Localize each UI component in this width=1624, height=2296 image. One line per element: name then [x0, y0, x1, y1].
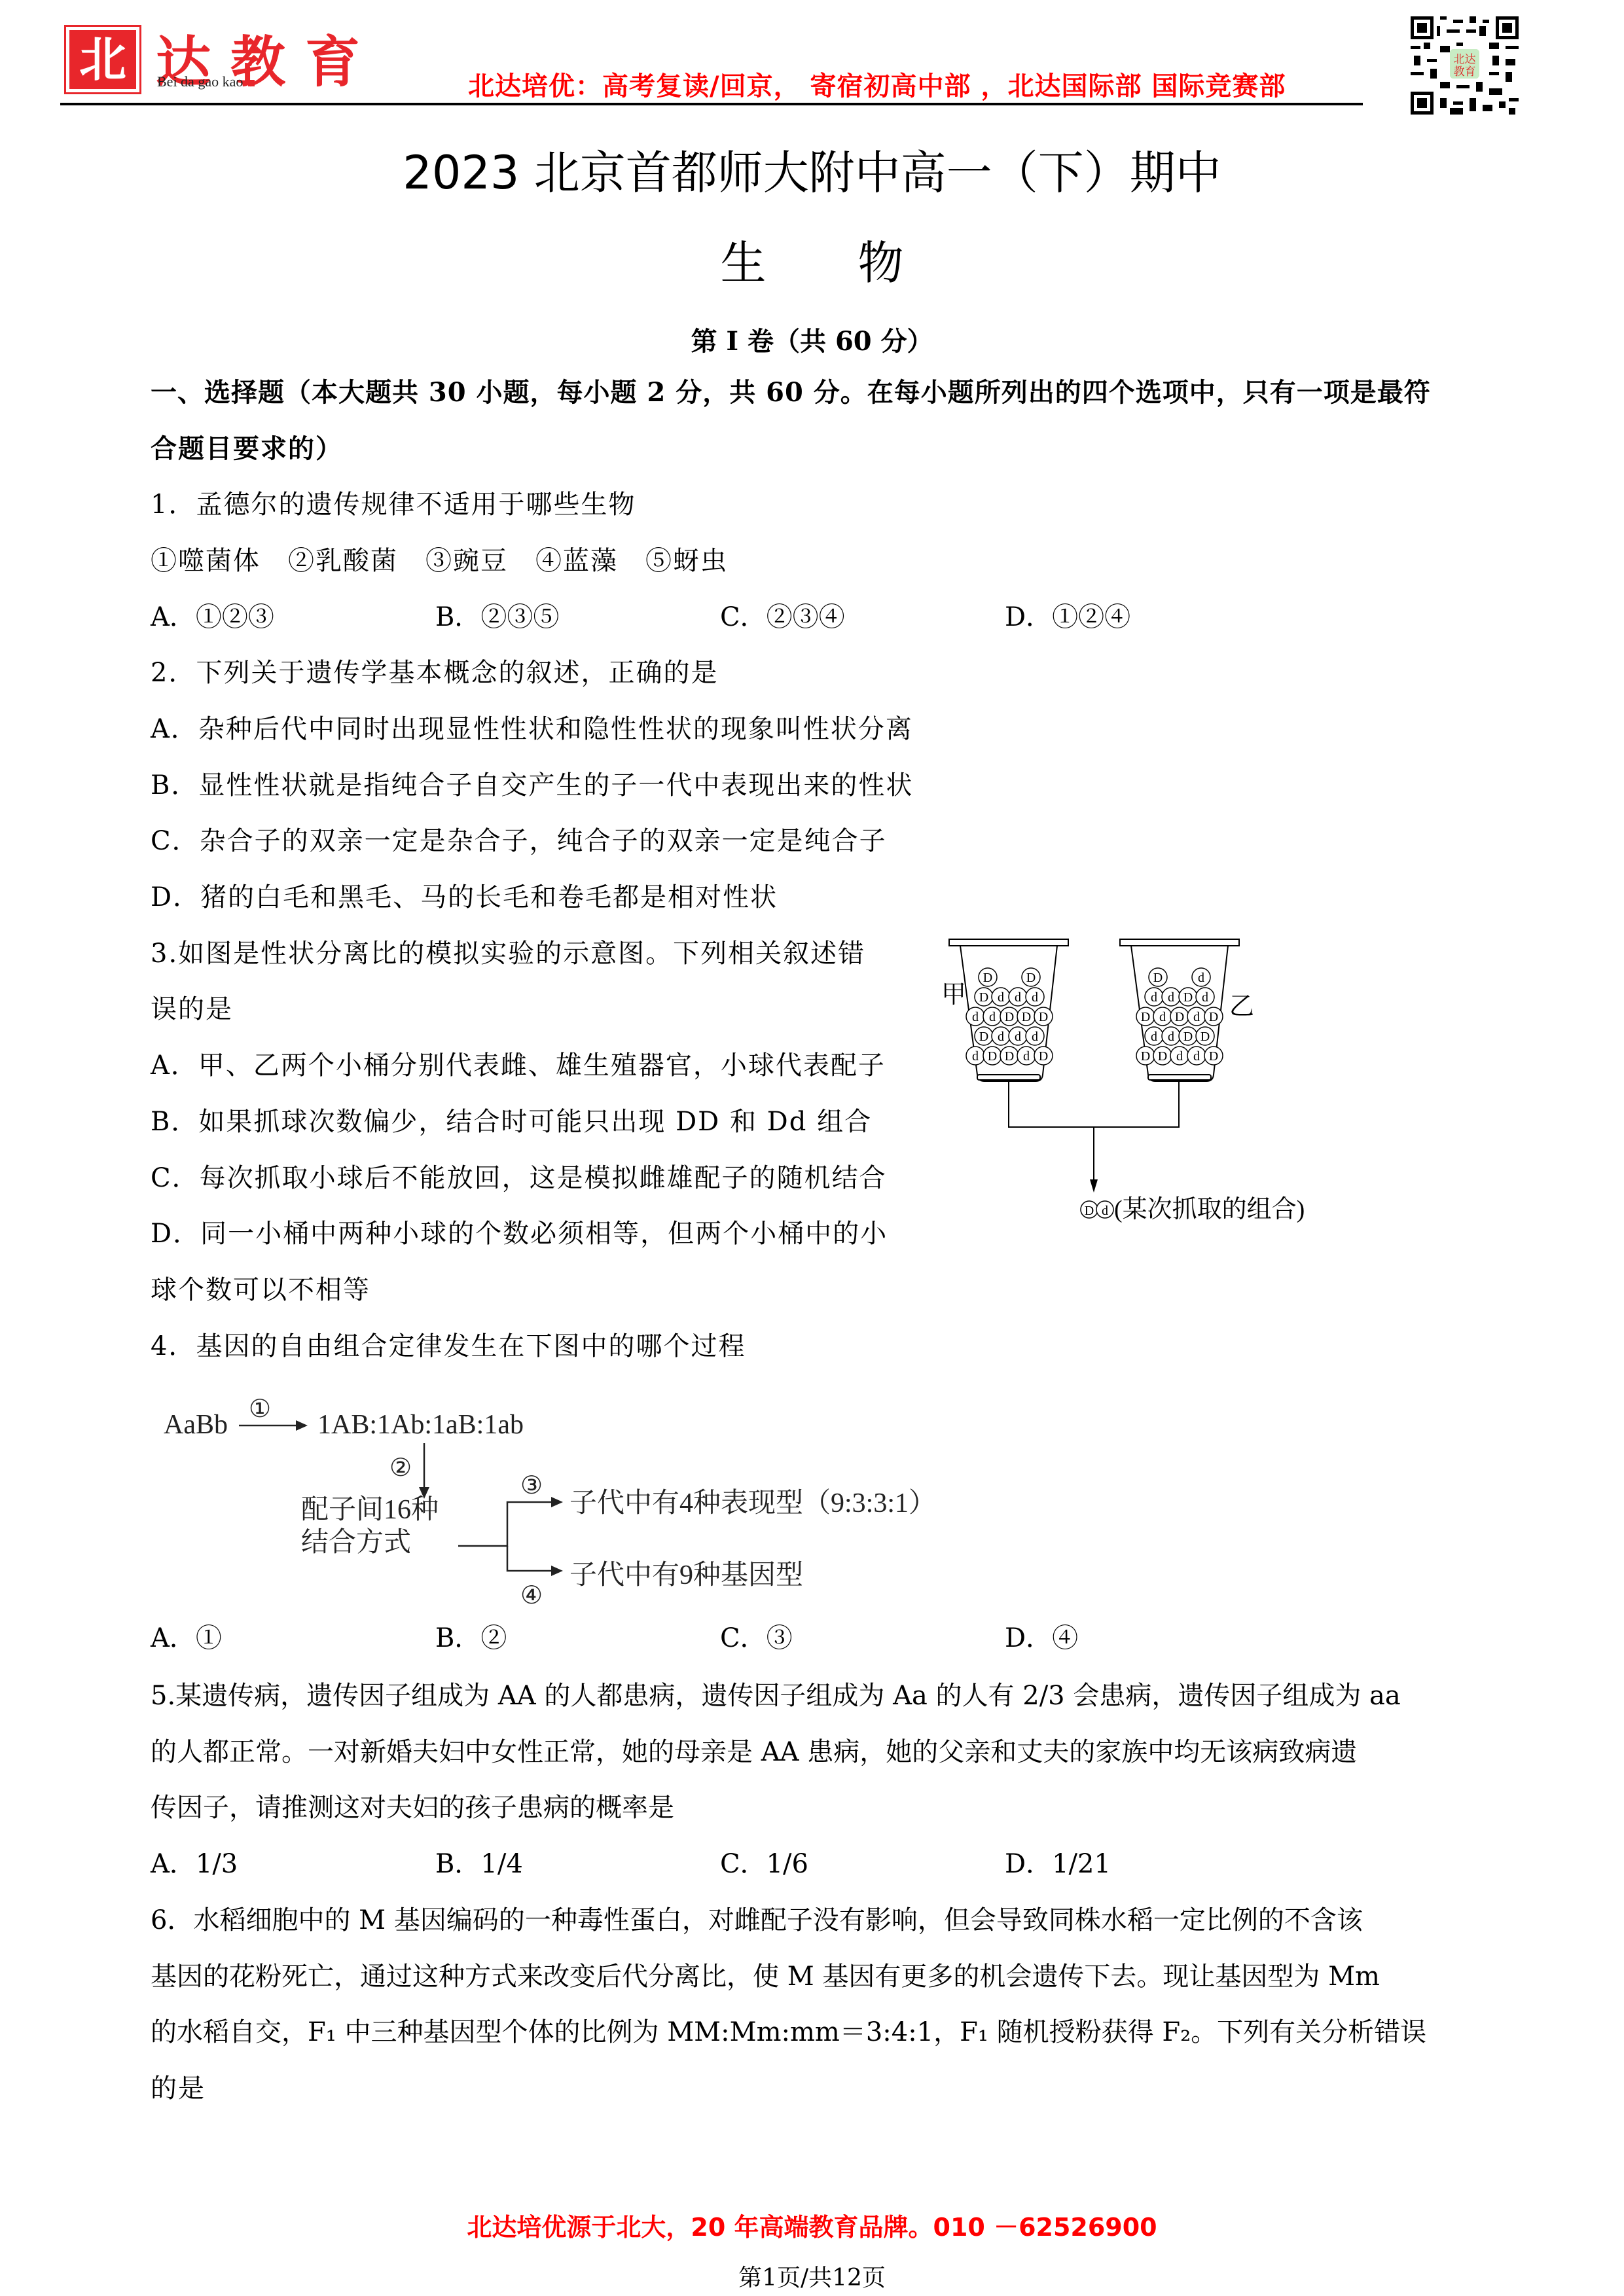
result-balls: D d	[1081, 1201, 1113, 1218]
question-stem: 1．孟德尔的遗传规律不适用于哪些生物	[151, 489, 636, 520]
option-c[interactable]: C．每次抓取小球后不能放回，这是模拟雌雄配子的随机结合	[151, 1162, 887, 1194]
right-bucket-label: 乙	[1229, 993, 1254, 1020]
arrow-right-icon	[551, 1566, 563, 1576]
ball-label: D	[1209, 1049, 1218, 1064]
ball-label: D	[1200, 1030, 1210, 1044]
result-caption: (某次抓取的组合)	[1114, 1196, 1305, 1223]
left-bucket-label: 甲	[941, 981, 966, 1009]
subject-title: 生 物	[0, 226, 1624, 293]
question-stem: 5.某遗传病，遗传因子组成为 AA 的人都患病，遗传因子组成为 Aa 的人有 2…	[151, 1680, 1401, 1712]
ball-label: D	[1026, 971, 1036, 985]
step-3-label: ③	[520, 1472, 543, 1499]
header-slogan: 北达培优：高考复读/回京， 寄宿初高中部 ，北达国际部 国际竞赛部	[468, 65, 1286, 103]
ball-label: D	[1175, 1010, 1184, 1024]
ball-label: D	[979, 990, 988, 1005]
bucket-experiment-figure: DDDdddddDDDDddddDDdD DdddDdDdDdDddDDDDdd…	[936, 929, 1506, 1257]
free-combination-diagram: AaBb 1AB:1Ab:1aB:1ab 配子间16种 结合方式 子代中有4种表…	[151, 1388, 1034, 1623]
ball-label: D	[1039, 1010, 1048, 1024]
ball-label: D	[1153, 971, 1163, 985]
ball-label: D	[1183, 1030, 1193, 1044]
ball-label: d	[989, 1010, 996, 1024]
gamete-ratio: 1AB:1Ab:1aB:1ab	[317, 1410, 524, 1440]
ball-label: d	[1015, 990, 1021, 1005]
option-c[interactable]: C．杂合子的双亲一定是杂合子，纯合子的双亲一定是纯合子	[151, 825, 887, 857]
parent-genotype: AaBb	[164, 1410, 228, 1440]
arrow-right-icon	[551, 1497, 563, 1507]
logo-mark-char: 北	[66, 31, 139, 88]
ball-label: d	[1151, 990, 1157, 1005]
option-b[interactable]: B．②③⑤	[435, 601, 559, 633]
question-stem: 3.如图是性状分离比的模拟实验的示意图。下列相关叙述错	[151, 938, 865, 969]
question-stem-cont: 传因子，请推测这对夫妇的孩子患病的概率是	[151, 1792, 674, 1823]
option-c[interactable]: C．③	[720, 1623, 793, 1654]
qr-label: 北达	[1454, 53, 1476, 65]
ball-label: d	[1176, 1049, 1183, 1064]
ball-label: D	[1039, 1049, 1048, 1064]
option-d-cont: 球个数可以不相等	[151, 1274, 370, 1306]
ball-label: D	[1022, 1010, 1031, 1024]
option-d[interactable]: D．①②④	[1005, 601, 1130, 633]
ball-label: D	[983, 971, 992, 985]
ball-label: d	[1032, 990, 1038, 1005]
page-title: 2023 北京首都师大附中高一（下）期中	[0, 136, 1624, 202]
option-b[interactable]: B．②	[435, 1623, 507, 1654]
page-number: 第1页/共12页	[0, 2259, 1624, 2293]
option-a[interactable]: A．1/3	[151, 1848, 238, 1880]
step-1-label: ①	[249, 1395, 271, 1423]
option-d[interactable]: D．1/21	[1005, 1848, 1111, 1880]
ball-label: d	[998, 1030, 1004, 1044]
option-a[interactable]: A．①	[151, 1623, 222, 1654]
volume-heading: 第 I 卷（共 60 分）	[0, 321, 1624, 358]
ball-label: D	[1141, 1049, 1150, 1064]
option-d[interactable]: D．同一小桶中两种小球的个数必须相等，但两个小桶中的小	[151, 1218, 888, 1249]
section-intro-cont: 合题目要求的）	[151, 433, 343, 465]
question-items: ①噬菌体 ②乳酸菌 ③豌豆 ④蓝藻 ⑤蚜虫	[151, 545, 728, 577]
result-ball-1: D	[1085, 1204, 1094, 1218]
option-d[interactable]: D．④	[1005, 1623, 1078, 1654]
combo-text-line2: 结合方式	[301, 1527, 411, 1558]
option-d[interactable]: D．猪的白毛和黑毛、马的长毛和卷毛都是相对性状	[151, 882, 778, 913]
ball-label: d	[1198, 971, 1204, 985]
question-stem-cont: 基因的花粉死亡，通过这种方式来改变后代分离比，使 M 基因有更多的机会遗传下去。…	[151, 1961, 1380, 1992]
question-stem-cont: 误的是	[151, 994, 233, 1025]
logo-square-icon	[248, 80, 255, 86]
ball-label: d	[1202, 990, 1208, 1005]
ball-label: D	[1005, 1010, 1014, 1024]
option-a[interactable]: A．甲、乙两个小桶分别代表雌、雄生殖器官，小球代表配子	[151, 1050, 886, 1081]
option-c[interactable]: C．②③④	[720, 601, 845, 633]
result-ball-2: d	[1102, 1204, 1108, 1218]
arrow-right-icon	[296, 1420, 308, 1431]
ball-label: d	[1168, 990, 1174, 1005]
result-phenotype: 子代中有4种表现型（9:3:3:1）	[569, 1488, 936, 1518]
option-b[interactable]: B．1/4	[435, 1848, 523, 1880]
result-genotype: 子代中有9种基因型	[569, 1560, 803, 1590]
ball-label: d	[1151, 1030, 1157, 1044]
ball-label: D	[1183, 990, 1193, 1005]
ball-label: d	[1193, 1010, 1200, 1024]
option-c[interactable]: C．1/6	[720, 1848, 808, 1880]
question-stem: 4．基因的自由组合定律发生在下图中的哪个过程	[151, 1331, 746, 1362]
section-intro: 一、选择题（本大题共 30 小题，每小题 2 分，共 60 分。在每小题所列出的…	[151, 377, 1431, 408]
ball-label: D	[1209, 1010, 1218, 1024]
ball-label: d	[972, 1049, 979, 1064]
question-stem-cont: 的水稻自交，F₁ 中三种基因型个体的比例为 MM:Mm:mm＝3:4:1，F₁ …	[151, 2017, 1426, 2048]
ball-label: D	[1158, 1049, 1167, 1064]
question-stem: 6．水稻细胞中的 M 基因编码的一种毒性蛋白，对雌配子没有影响，但会导致同株水稻…	[151, 1905, 1363, 1936]
question-stem-cont: 的是	[151, 2073, 206, 2104]
left-bucket-balls: DDDdddddDDDDddddDDdD	[966, 968, 1053, 1065]
ball-label: d	[1032, 1030, 1038, 1044]
combo-text-line1: 配子间16种	[301, 1495, 439, 1525]
header-divider	[60, 103, 1363, 105]
option-a[interactable]: A．杂种后代中同时出现显性性状和隐性性状的现象叫性状分离	[151, 713, 913, 745]
logo-mark: 北	[64, 25, 141, 94]
option-a[interactable]: A．①②③	[151, 601, 274, 633]
option-b[interactable]: B．如果抓球次数偏少，结合时可能只出现 DD 和 Dd 组合	[151, 1106, 872, 1138]
option-b[interactable]: B．显性性状就是指纯合子自交产生的子一代中表现出来的性状	[151, 770, 913, 801]
ball-label: d	[972, 1010, 979, 1024]
ball-label: d	[1159, 1010, 1166, 1024]
ball-label: d	[1193, 1049, 1200, 1064]
ball-label: D	[1141, 1010, 1150, 1024]
ball-label: D	[988, 1049, 997, 1064]
logo-subtitle-text: Bei da gao kao	[157, 73, 243, 90]
question-stem-cont: 的人都正常。一对新婚夫妇中女性正常，她的母亲是 AA 患病，她的父亲和丈夫的家族…	[151, 1736, 1357, 1768]
right-bucket-balls: DdddDdDdDdDddDDDDddD	[1136, 968, 1223, 1065]
qr-code-icon: 北达 教育	[1411, 16, 1519, 115]
question-stem: 2．下列关于遗传学基本概念的叙述，正确的是	[151, 657, 718, 689]
ball-label: d	[1023, 1049, 1030, 1064]
logo-subtitle: Bei da gao kao	[157, 73, 255, 90]
step-2-label: ②	[389, 1454, 412, 1482]
step-4-label: ④	[520, 1582, 543, 1609]
ball-label: d	[1015, 1030, 1021, 1044]
svg-text:教育: 教育	[1454, 65, 1476, 78]
ball-label: d	[1168, 1030, 1174, 1044]
ball-label: d	[998, 990, 1004, 1005]
ball-label: D	[1005, 1049, 1014, 1064]
ball-label: D	[979, 1030, 988, 1044]
footer-slogan: 北达培优源于北大，20 年高端教育品牌。010 －62526900	[0, 2207, 1624, 2243]
